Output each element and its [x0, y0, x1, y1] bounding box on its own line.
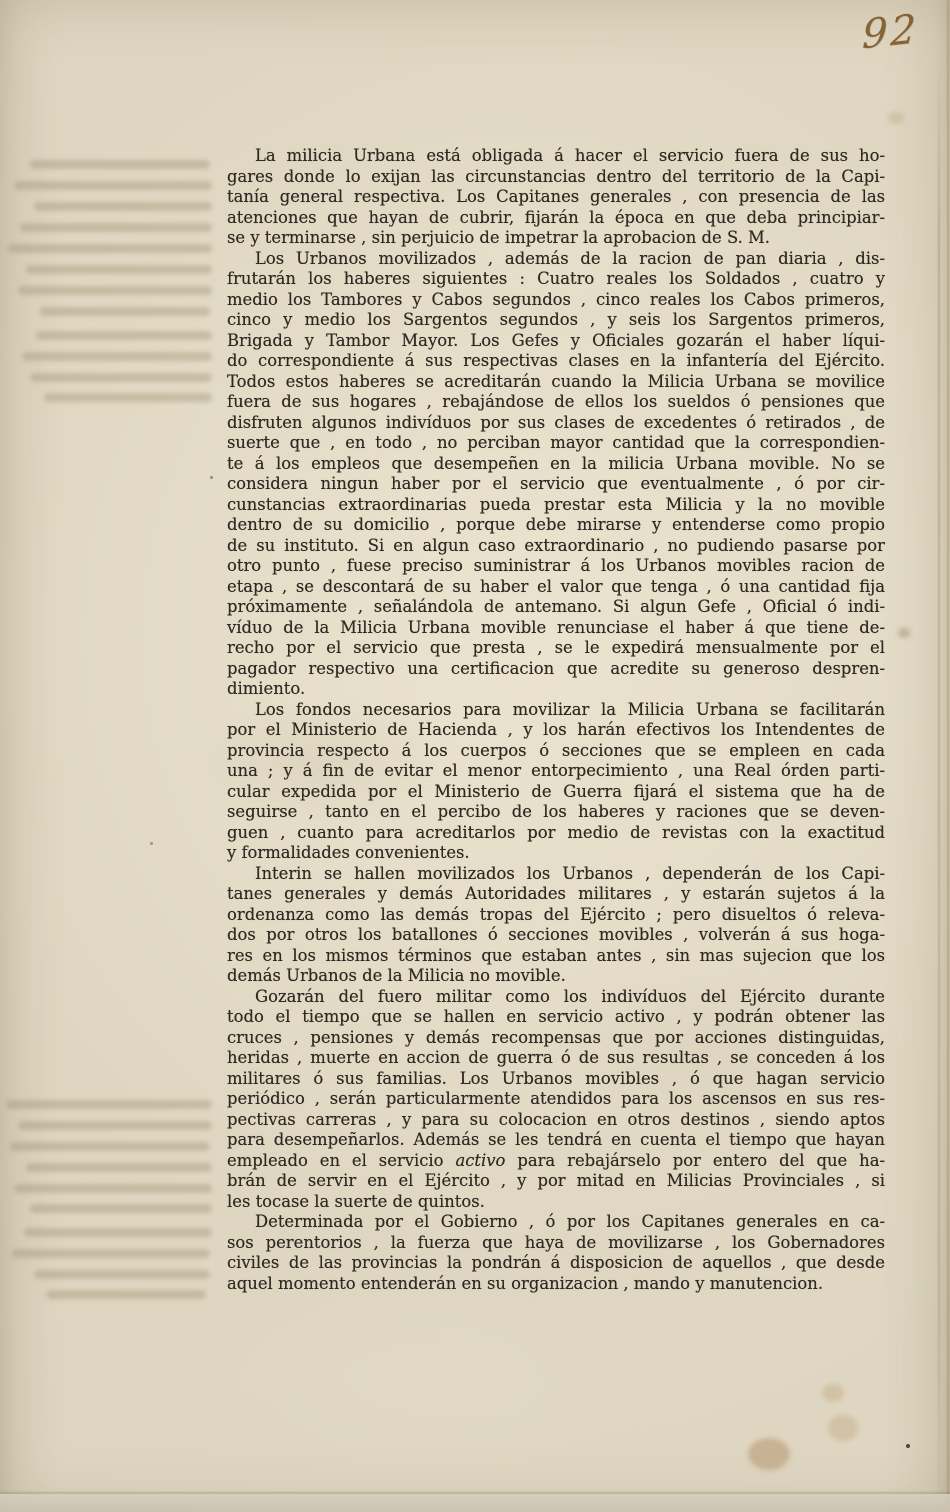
- bleedthrough-row: [22, 352, 212, 361]
- text-line: pagador respectivo una certificacion que…: [227, 659, 885, 680]
- bleedthrough-row: [24, 1228, 212, 1237]
- text-line: ordenanza como las demás tropas del Ejér…: [227, 905, 885, 926]
- text-line: una ; y á fin de evitar el menor entorpe…: [227, 761, 885, 782]
- bleedthrough-row: [30, 373, 212, 382]
- bleedthrough-row: [36, 331, 212, 340]
- text-line: de su instituto. Si en algun caso extrao…: [227, 536, 885, 557]
- bleedthrough-row: [34, 202, 212, 211]
- text-line: tanes generales y demás Autoridades mili…: [227, 884, 885, 905]
- text-line: te á los empleos que desempeñen en la mi…: [227, 454, 885, 475]
- text-line: brán de servir en el Ejército , y por mi…: [227, 1171, 885, 1192]
- text-line: etapa , se descontará de su haber el val…: [227, 577, 885, 598]
- bleedthrough-row: [14, 181, 212, 190]
- text-line: dentro de su domicilio , porque debe mir…: [227, 515, 885, 536]
- text-line: y formalidades convenientes.: [227, 843, 885, 864]
- foxing-stain: [898, 628, 910, 638]
- text-line: considera ningun haber por el servicio q…: [227, 474, 885, 495]
- text-line: aquel momento entenderán en su organizac…: [227, 1274, 885, 1295]
- bleedthrough-row: [44, 393, 212, 402]
- text-line: atenciones que hayan de cubrir, fijarán …: [227, 208, 885, 229]
- bleedthrough-row: [8, 244, 212, 253]
- text-line: medio los Tambores y Cabos segundos , ci…: [227, 290, 885, 311]
- text-line: víduo de la Milicia Urbana movible renun…: [227, 618, 885, 639]
- text-line: do correspondiente á sus respectivas cla…: [227, 351, 885, 372]
- text-line: cinco y medio los Sargentos segundos , y…: [227, 310, 885, 331]
- text-line: Interin se hallen movilizados los Urbano…: [227, 864, 885, 885]
- text-line: Determinada por el Gobierno , ó por los …: [227, 1212, 885, 1233]
- text-line: se y terminarse , sin perjuicio de impet…: [227, 228, 885, 249]
- text-line: cunstancias extraordinarias pueda presta…: [227, 495, 885, 516]
- text-line: disfruten algunos indivíduos por sus cla…: [227, 413, 885, 434]
- text-line: guen , cuanto para acreditarlos por medi…: [227, 823, 885, 844]
- bleedthrough-row: [18, 286, 212, 295]
- text-line: tanía general respectiva. Los Capitanes …: [227, 187, 885, 208]
- text-line: Los fondos necesarios para movilizar la …: [227, 700, 885, 721]
- document-text: La milicia Urbana está obligada á hacer …: [227, 146, 885, 1294]
- ink-speck: [210, 476, 213, 479]
- bleedthrough-row: [30, 160, 210, 169]
- text-line: próximamente , señalándola de antemano. …: [227, 597, 885, 618]
- text-line: les tocase la suerte de quintos.: [227, 1192, 885, 1213]
- text-line: Los Urbanos movilizados , además de la r…: [227, 249, 885, 270]
- bleedthrough-row: [14, 1184, 212, 1193]
- bleedthrough-row: [18, 1121, 212, 1130]
- text-line: recho por el servicio que presta , se le…: [227, 638, 885, 659]
- bleedthrough-row: [12, 1249, 210, 1258]
- text-line: La milicia Urbana está obligada á hacer …: [227, 146, 885, 167]
- text-line: fuera de sus hogares , rebajándose de el…: [227, 392, 885, 413]
- bleedthrough-row: [26, 265, 212, 274]
- bleedthrough-row: [34, 1270, 210, 1279]
- text-line: provincia respecto á los cuerpos ó secci…: [227, 741, 885, 762]
- text-line: Brigada y Tambor Mayor. Los Gefes y Ofic…: [227, 331, 885, 352]
- text-line: dos por otros los batallones ó secciones…: [227, 925, 885, 946]
- text-line: cruces , pensiones y demás recompensas q…: [227, 1028, 885, 1049]
- text-line: para desempeñarlos. Además se les tendrá…: [227, 1130, 885, 1151]
- text-line: Todos estos haberes se acreditarán cuand…: [227, 372, 885, 393]
- text-line: res en los mismos términos que estaban a…: [227, 946, 885, 967]
- handwritten-page-number: 92: [861, 4, 942, 59]
- text-line: empleado en el servicio activo para reba…: [227, 1151, 885, 1172]
- foxing-stain: [828, 1415, 858, 1441]
- text-line: otro punto , fuese preciso suministrar á…: [227, 556, 885, 577]
- book-page: 92 La milicia Urbana está obligada á hac…: [0, 0, 950, 1512]
- page-bottom-edge: [0, 1494, 950, 1512]
- text-line: periódico , serán particularmente atendi…: [227, 1089, 885, 1110]
- text-line: heridas , muerte en accion de guerra ó d…: [227, 1048, 885, 1069]
- text-line: por el Ministerio de Hacienda , y los ha…: [227, 720, 885, 741]
- text-line: Gozarán del fuero militar como los indiv…: [227, 987, 885, 1008]
- text-line: civiles de las provincias la pondrán á d…: [227, 1253, 885, 1274]
- text-line: todo el tiempo que se hallen en servicio…: [227, 1007, 885, 1028]
- foxing-stain: [748, 1438, 790, 1470]
- bleedthrough-row: [46, 1290, 206, 1299]
- text-line: seguirse , tanto en el percibo de los ha…: [227, 802, 885, 823]
- bleedthrough-row: [10, 1142, 210, 1151]
- text-line: frutarán los haberes siguientes : Cuatro…: [227, 269, 885, 290]
- bleedthrough-row: [30, 1204, 212, 1213]
- foxing-stain: [888, 112, 904, 124]
- text-line: cular expedida por el Ministerio de Guer…: [227, 782, 885, 803]
- foxing-stain: [822, 1384, 844, 1402]
- bleedthrough-row: [40, 307, 210, 316]
- page-edge-line: [947, 0, 949, 1512]
- text-line: militares ó sus familias. Los Urbanos mo…: [227, 1069, 885, 1090]
- bleedthrough-row: [20, 223, 212, 232]
- text-line: gares donde lo exijan las circunstancias…: [227, 167, 885, 188]
- bleedthrough-row: [26, 1163, 212, 1172]
- text-line: suerte que , en todo , no perciban mayor…: [227, 433, 885, 454]
- text-line: sos perentorios , la fuerza que haya de …: [227, 1233, 885, 1254]
- text-line: dimiento.: [227, 679, 885, 700]
- ink-speck: [906, 1444, 910, 1448]
- text-line: demás Urbanos de la Milicia no movible.: [227, 966, 885, 987]
- text-line: pectivas carreras , y para su colocacion…: [227, 1110, 885, 1131]
- page-edge-line: [938, 60, 940, 1512]
- bleedthrough-row: [6, 1100, 212, 1109]
- crease-line: [0, 1492, 950, 1494]
- ink-speck: [150, 842, 153, 845]
